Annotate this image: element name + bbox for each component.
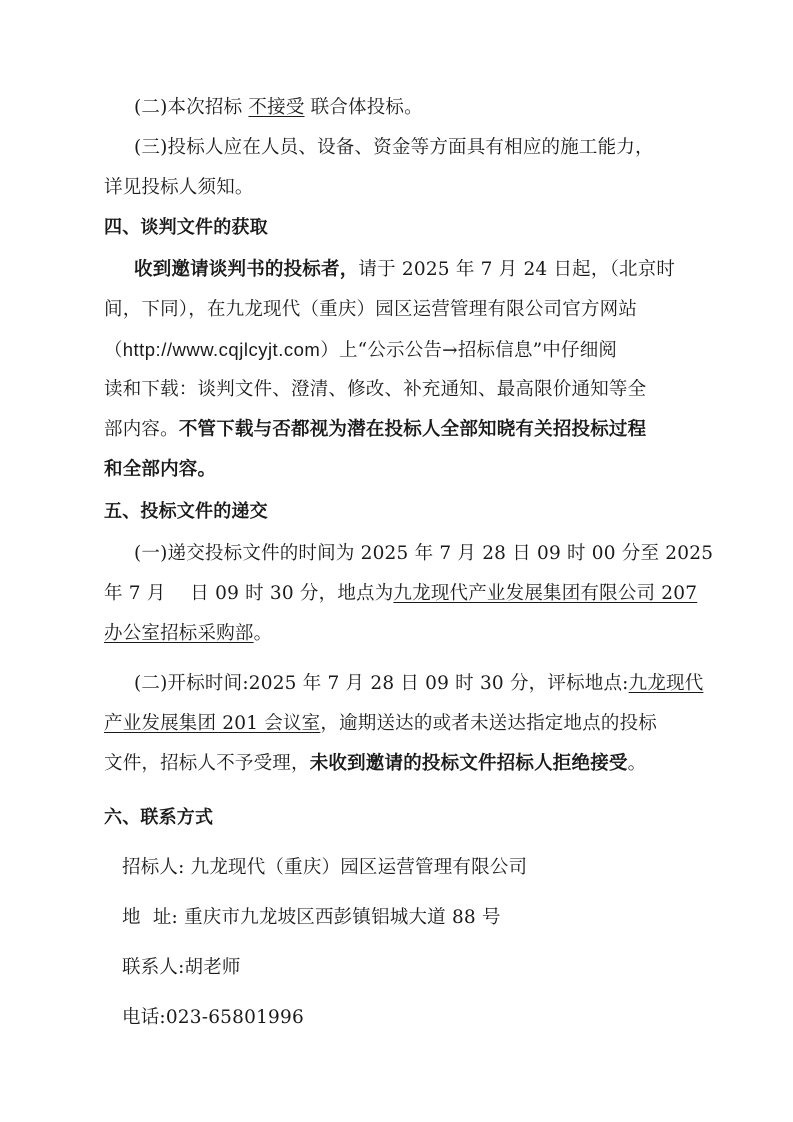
text: (二)开标时间:2025 年 7 月 28 日 09 时 30 分，评标地点:: [134, 673, 629, 694]
contact-tenderer: 招标人: 九龙现代（重庆）园区运营管理有限公司: [122, 856, 527, 880]
section5-item2-line2: 产业发展集团 201 会议室，逾期送达的或者未送达指定地点的投标: [104, 712, 657, 736]
text: 联合体投标。: [305, 97, 423, 118]
evaluation-location-room: 产业发展集团 201 会议室: [104, 713, 320, 734]
bid-rule-capability-line2: 详见投标人须知。: [104, 176, 254, 200]
text: 文件，招标人不予受理，: [104, 753, 310, 774]
text: ）上“公示公告→招标信息”中仔细阅: [320, 340, 617, 361]
text: 部内容。: [104, 419, 179, 440]
text: 年 7 月 日 09 时 30 分，地点为: [104, 583, 393, 604]
bid-rule-consortium: (二)本次招标 不接受 联合体投标。: [134, 96, 423, 120]
text: 。: [254, 623, 273, 644]
section5-item1-line1: (一)递交投标文件的时间为 2025 年 7 月 28 日 09 时 00 分至…: [134, 542, 713, 566]
section5-heading: 五、投标文件的递交: [104, 500, 268, 524]
section5-item1-line2: 年 7 月 日 09 时 30 分，地点为九龙现代产业发展集团有限公司 207: [104, 582, 697, 606]
section5-item1-line3: 办公室招标采购部。: [104, 622, 272, 646]
contact-person: 联系人:胡老师: [122, 956, 241, 980]
section4-heading: 四、谈判文件的获取: [104, 216, 268, 240]
not-accepted-text: 不接受: [248, 97, 304, 118]
contact-phone: 电话:023-65801996: [122, 1006, 304, 1030]
text: 。: [628, 753, 647, 774]
section4-line2: 间，下同），在九龙现代（重庆）园区运营管理有限公司官方网站: [104, 298, 637, 322]
contact-address: 地 址: 重庆市九龙坡区西彭镇铝城大道 88 号: [122, 906, 501, 930]
text: (二)本次招标: [134, 97, 248, 118]
section4-line5: 部内容。不管下载与否都视为潜在投标人全部知晓有关招投标过程: [104, 418, 646, 442]
text: 请于 2025 年 7 月 24 日起，（北京时: [358, 259, 675, 280]
website-url: http://www.cqjlcyjt.com: [123, 339, 321, 360]
section5-item2-line3: 文件，招标人不予受理，未收到邀请的投标文件招标人拒绝接受。: [104, 752, 646, 776]
text: ，逾期送达的或者未送达指定地点的投标: [320, 713, 657, 734]
submission-location: 九龙现代产业发展集团有限公司 207: [393, 583, 697, 604]
submission-location-dept: 办公室招标采购部: [104, 623, 254, 644]
bid-rule-capability-line1: (三)投标人应在人员、设备、资金等方面具有相应的施工能力，: [134, 136, 654, 160]
section5-item2-line1: (二)开标时间:2025 年 7 月 28 日 09 时 30 分，评标地点:九…: [134, 672, 703, 696]
section4-line3: （http://www.cqjlcyjt.com）上“公示公告→招标信息”中仔细…: [104, 338, 617, 363]
section4-line4: 读和下载：谈判文件、澄清、修改、补充通知、最高限价通知等全: [104, 378, 646, 402]
bold-text: 不管下载与否都视为潜在投标人全部知晓有关招投标过程: [179, 419, 647, 440]
text: （: [104, 340, 123, 361]
bold-text: 收到邀请谈判书的投标者，: [134, 259, 358, 280]
evaluation-location: 九龙现代: [629, 673, 704, 694]
bold-text: 未收到邀请的投标文件招标人拒绝接受: [310, 753, 628, 774]
section6-heading: 六、联系方式: [104, 806, 213, 830]
section4-line6: 和全部内容。: [104, 458, 216, 482]
section4-line1: 收到邀请谈判书的投标者，请于 2025 年 7 月 24 日起，（北京时: [134, 258, 675, 282]
